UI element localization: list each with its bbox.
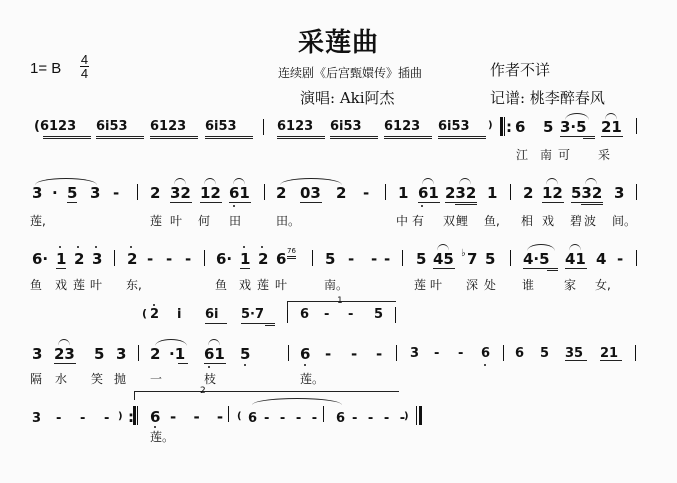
repeat-sign: : (506, 118, 512, 136)
lyric: 戏 (239, 276, 251, 293)
note: - (325, 345, 331, 363)
underline (178, 363, 188, 364)
low-octave-dot (233, 205, 235, 207)
note: 7 (467, 250, 477, 268)
note: 6 (248, 411, 257, 426)
underline (433, 268, 455, 269)
final-bar-thick (419, 406, 422, 425)
note: - (458, 346, 463, 361)
note: 35 (565, 346, 583, 361)
barline (402, 250, 403, 266)
underline (455, 204, 477, 205)
high-octave-dot (261, 246, 263, 248)
note: 3 (90, 184, 100, 202)
repeat-bar (500, 117, 503, 136)
barline (288, 345, 289, 361)
note: 532 (571, 184, 602, 202)
lyric: 鱼 (30, 276, 42, 293)
underline (560, 136, 595, 137)
note: 3 (32, 411, 41, 426)
underline (150, 138, 198, 139)
underline (583, 138, 595, 139)
underline (54, 363, 76, 364)
lyric: 可 (558, 146, 570, 163)
note: 3 (32, 184, 42, 202)
lyric: 隔 (30, 370, 42, 387)
barline (385, 184, 386, 200)
lyric: 深 (466, 276, 478, 293)
lyric: 莲 (150, 212, 162, 229)
note: - (185, 250, 191, 268)
high-octave-dot (95, 246, 97, 248)
underline (418, 202, 440, 203)
note: 61 (229, 184, 250, 202)
note: 2 (150, 184, 160, 202)
underline (330, 138, 378, 139)
barline (138, 345, 139, 361)
underline (200, 202, 222, 203)
underline (523, 268, 558, 269)
slur (546, 178, 558, 185)
note: 23 (54, 345, 75, 363)
lyric: 戏 (542, 212, 554, 229)
flat-sign: ♭ (461, 248, 466, 259)
underline (601, 136, 623, 137)
lyric: 鲤 (456, 212, 468, 229)
intro-group-5: 6123 (277, 119, 313, 134)
lyric: 东, (126, 276, 142, 293)
lyric: 间。 (612, 212, 636, 229)
repeat-bar-thin (137, 406, 138, 425)
note: 1 (398, 184, 408, 202)
lyric: 处 (484, 276, 496, 293)
dashes: - - - (170, 408, 229, 426)
note: 5 (94, 345, 104, 363)
slur (204, 178, 216, 185)
note: 6 (515, 346, 524, 361)
underline (277, 138, 325, 139)
lyric: 抛 (114, 370, 126, 387)
underline (565, 360, 587, 361)
note: 5 (374, 307, 383, 322)
note: - (617, 250, 623, 268)
underline (542, 202, 564, 203)
note: - (104, 411, 109, 426)
transcriber: 记谱: 桃李醉春风 (490, 87, 605, 108)
paren-close: ) (404, 411, 409, 422)
barline (396, 345, 397, 361)
barline (510, 184, 511, 200)
note: 2 (258, 250, 268, 268)
note: 61 (204, 345, 225, 363)
barline (204, 250, 205, 266)
lyric: 谁 (522, 276, 534, 293)
underline (67, 202, 77, 203)
lyric: 戏 (55, 276, 67, 293)
paren-open: ( (142, 307, 147, 320)
intro-group-6: 6i53 (330, 119, 362, 134)
note: - (147, 250, 153, 268)
underline (241, 323, 275, 324)
low-octave-dot (484, 364, 486, 366)
note: 5 (540, 346, 549, 361)
note: - (434, 346, 439, 361)
note: 6i (205, 307, 219, 322)
note: 6 (300, 345, 310, 363)
volta-bracket-2 (134, 391, 399, 400)
underline (240, 268, 250, 269)
underline (43, 136, 91, 137)
note: 6 (336, 411, 345, 426)
note: 6 (481, 346, 490, 361)
underline (150, 136, 198, 137)
barline (228, 406, 229, 422)
note: 2 (276, 184, 286, 202)
note: 1 (56, 250, 66, 268)
note: - (348, 307, 353, 322)
time-sig-top: 4 (80, 53, 89, 66)
barline (510, 250, 511, 266)
lyric: 莲 (73, 276, 85, 293)
note: 21 (600, 346, 618, 361)
lyric: 田。 (276, 212, 300, 229)
low-octave-dot (244, 364, 246, 366)
underline (96, 138, 144, 139)
barline (636, 250, 637, 266)
song-title: 采莲曲 (0, 22, 677, 59)
note: - (324, 307, 329, 322)
high-octave-dot (243, 246, 245, 248)
underline (205, 138, 253, 139)
high-octave-dot (77, 246, 79, 248)
note: 3·5 (560, 118, 587, 136)
note: 6 (150, 408, 160, 426)
underline (96, 136, 144, 137)
lyric: 南 (540, 146, 552, 163)
lyric: 南。 (324, 276, 348, 293)
note: - (348, 250, 354, 268)
barline (312, 250, 313, 266)
underline (43, 138, 91, 139)
note: 2 (336, 184, 346, 202)
slur (252, 398, 342, 405)
high-octave-dot (153, 304, 155, 306)
lyric: 双 (443, 212, 455, 229)
note: 5 (67, 184, 77, 202)
time-signature: 4 4 (80, 53, 89, 80)
underline (384, 138, 432, 139)
barline (264, 184, 265, 200)
underline (600, 360, 622, 361)
slur (585, 178, 597, 185)
underline (229, 202, 251, 203)
lyric: 家 (564, 276, 576, 293)
slur (35, 178, 97, 185)
lyric: 莲。 (150, 428, 174, 445)
barline (635, 345, 636, 361)
note: 4 (596, 250, 606, 268)
note: 45 (433, 250, 454, 268)
note: 4·5 (523, 250, 550, 268)
underline (547, 270, 558, 271)
intro-group-3: 6123 (150, 119, 186, 134)
author: 作者不详 (490, 59, 550, 80)
underline (170, 202, 192, 203)
lyric: 相 (521, 212, 533, 229)
lyric: 波 (584, 212, 596, 229)
slur (569, 244, 581, 251)
note: 6· (32, 250, 48, 268)
slur (437, 244, 449, 251)
lyric: 水 (55, 370, 67, 387)
note: 2 (150, 307, 159, 322)
underline (445, 202, 477, 203)
slur (422, 178, 434, 185)
slur (605, 113, 617, 120)
note: - (371, 250, 377, 268)
note: - (56, 411, 61, 426)
underline (384, 136, 432, 137)
note: 3 (116, 345, 126, 363)
barline (263, 119, 264, 135)
lyric: 鱼 (215, 276, 227, 293)
underline (205, 136, 253, 137)
note: - (166, 250, 172, 268)
intro-group-8: 6i53 (438, 119, 470, 134)
lyric: 有 (412, 212, 424, 229)
note: · (52, 184, 58, 202)
note: - (113, 184, 119, 202)
intro-group-4: 6i53 (205, 119, 237, 134)
slur (527, 244, 555, 251)
barline (323, 406, 324, 422)
note: 5·7 (241, 307, 264, 322)
underline (287, 258, 296, 259)
note: 1 (240, 250, 250, 268)
note: 21 (601, 118, 622, 136)
note: 2 (127, 250, 137, 268)
dashes: - - - - (352, 411, 408, 426)
underline (565, 268, 587, 269)
underline (277, 136, 325, 137)
underline (265, 325, 275, 326)
underline (300, 202, 322, 203)
lyric: 莲 (414, 276, 426, 293)
barline (137, 184, 138, 200)
note: 6 (300, 307, 309, 322)
lyric: 采 (598, 146, 610, 163)
key-signature: 1= B (30, 60, 61, 77)
note: 3 (410, 346, 419, 361)
lyric: 笑 (91, 370, 103, 387)
time-sig-bottom: 4 (80, 67, 89, 80)
singer: 演唱: Aki阿杰 (300, 87, 395, 108)
lyric: 中 (396, 212, 408, 229)
note: 6 (515, 118, 525, 136)
note: 5 (416, 250, 426, 268)
low-octave-dot (304, 364, 306, 366)
lyric: 女, (595, 276, 611, 293)
intro-group-1: (6123 (34, 119, 76, 134)
note: 3 (92, 250, 102, 268)
underline (438, 138, 486, 139)
barline (395, 307, 396, 323)
note: ·1 (169, 345, 185, 363)
note: - (351, 345, 357, 363)
lyric: 何 (198, 212, 210, 229)
volta-number: 2 (200, 386, 206, 396)
lyric: 叶 (430, 276, 442, 293)
slur (565, 113, 589, 120)
note: - (376, 345, 382, 363)
note: 232 (445, 184, 476, 202)
lyric: 叶 (170, 212, 182, 229)
volta-number: 1 (337, 296, 343, 306)
underline (56, 268, 66, 269)
note: i (177, 307, 181, 322)
barline (503, 345, 504, 361)
low-octave-dot (421, 205, 423, 207)
repeat-bar-thin (504, 117, 505, 136)
slur (58, 339, 70, 346)
final-bar-thin (416, 406, 417, 425)
paren-close: ) (118, 411, 123, 422)
repeat-bar (133, 406, 136, 425)
grace-notes: 76 (287, 247, 296, 255)
subtitle: 连续剧《后宫甄嬛传》插曲 (278, 64, 422, 81)
paren-close: ) (488, 120, 493, 131)
note: 6 (276, 250, 286, 268)
note: 6· (216, 250, 232, 268)
note: 03 (300, 184, 321, 202)
slur (174, 178, 186, 185)
underline (571, 202, 603, 203)
paren-open: ( (237, 411, 242, 422)
lyric: 田 (229, 212, 241, 229)
note: 3 (32, 345, 42, 363)
lyric: 叶 (275, 276, 287, 293)
underline (204, 363, 226, 364)
barline (114, 250, 115, 266)
note: 5 (543, 118, 553, 136)
lyric: 一 (150, 370, 162, 387)
dashes: - - - - (264, 411, 320, 426)
lyric: 叶 (90, 276, 102, 293)
low-octave-dot (208, 366, 210, 368)
lyric: 莲 (257, 276, 269, 293)
intro-group-7: 6123 (384, 119, 420, 134)
slur (208, 339, 220, 346)
lyric: 江 (516, 146, 528, 163)
note: 5 (485, 250, 495, 268)
underline (438, 136, 486, 137)
barline (636, 118, 637, 134)
note: 2 (74, 250, 84, 268)
lyric: 莲, (30, 212, 46, 229)
lyric: 莲。 (300, 370, 324, 387)
note: 12 (542, 184, 563, 202)
note: 5 (325, 250, 335, 268)
note: 41 (565, 250, 586, 268)
note: 2 (150, 345, 160, 363)
lyric: 鱼, (484, 212, 500, 229)
lyric: 碧 (570, 212, 582, 229)
underline (287, 256, 296, 257)
slur (459, 178, 471, 185)
barline (636, 184, 637, 200)
note: 32 (170, 184, 191, 202)
high-octave-dot (130, 246, 132, 248)
note: - (363, 184, 369, 202)
underline (205, 323, 227, 324)
note: 12 (200, 184, 221, 202)
note: - (384, 250, 390, 268)
lyric: 枝 (204, 370, 216, 387)
note: - (80, 411, 85, 426)
note: 5 (240, 345, 250, 363)
note: 2 (523, 184, 533, 202)
intro-group-2: 6i53 (96, 119, 128, 134)
high-octave-dot (59, 246, 61, 248)
underline (581, 204, 603, 205)
underline (330, 136, 378, 137)
slur (233, 178, 245, 185)
note: 61 (418, 184, 439, 202)
note: 3 (614, 184, 624, 202)
note: 1 (487, 184, 497, 202)
